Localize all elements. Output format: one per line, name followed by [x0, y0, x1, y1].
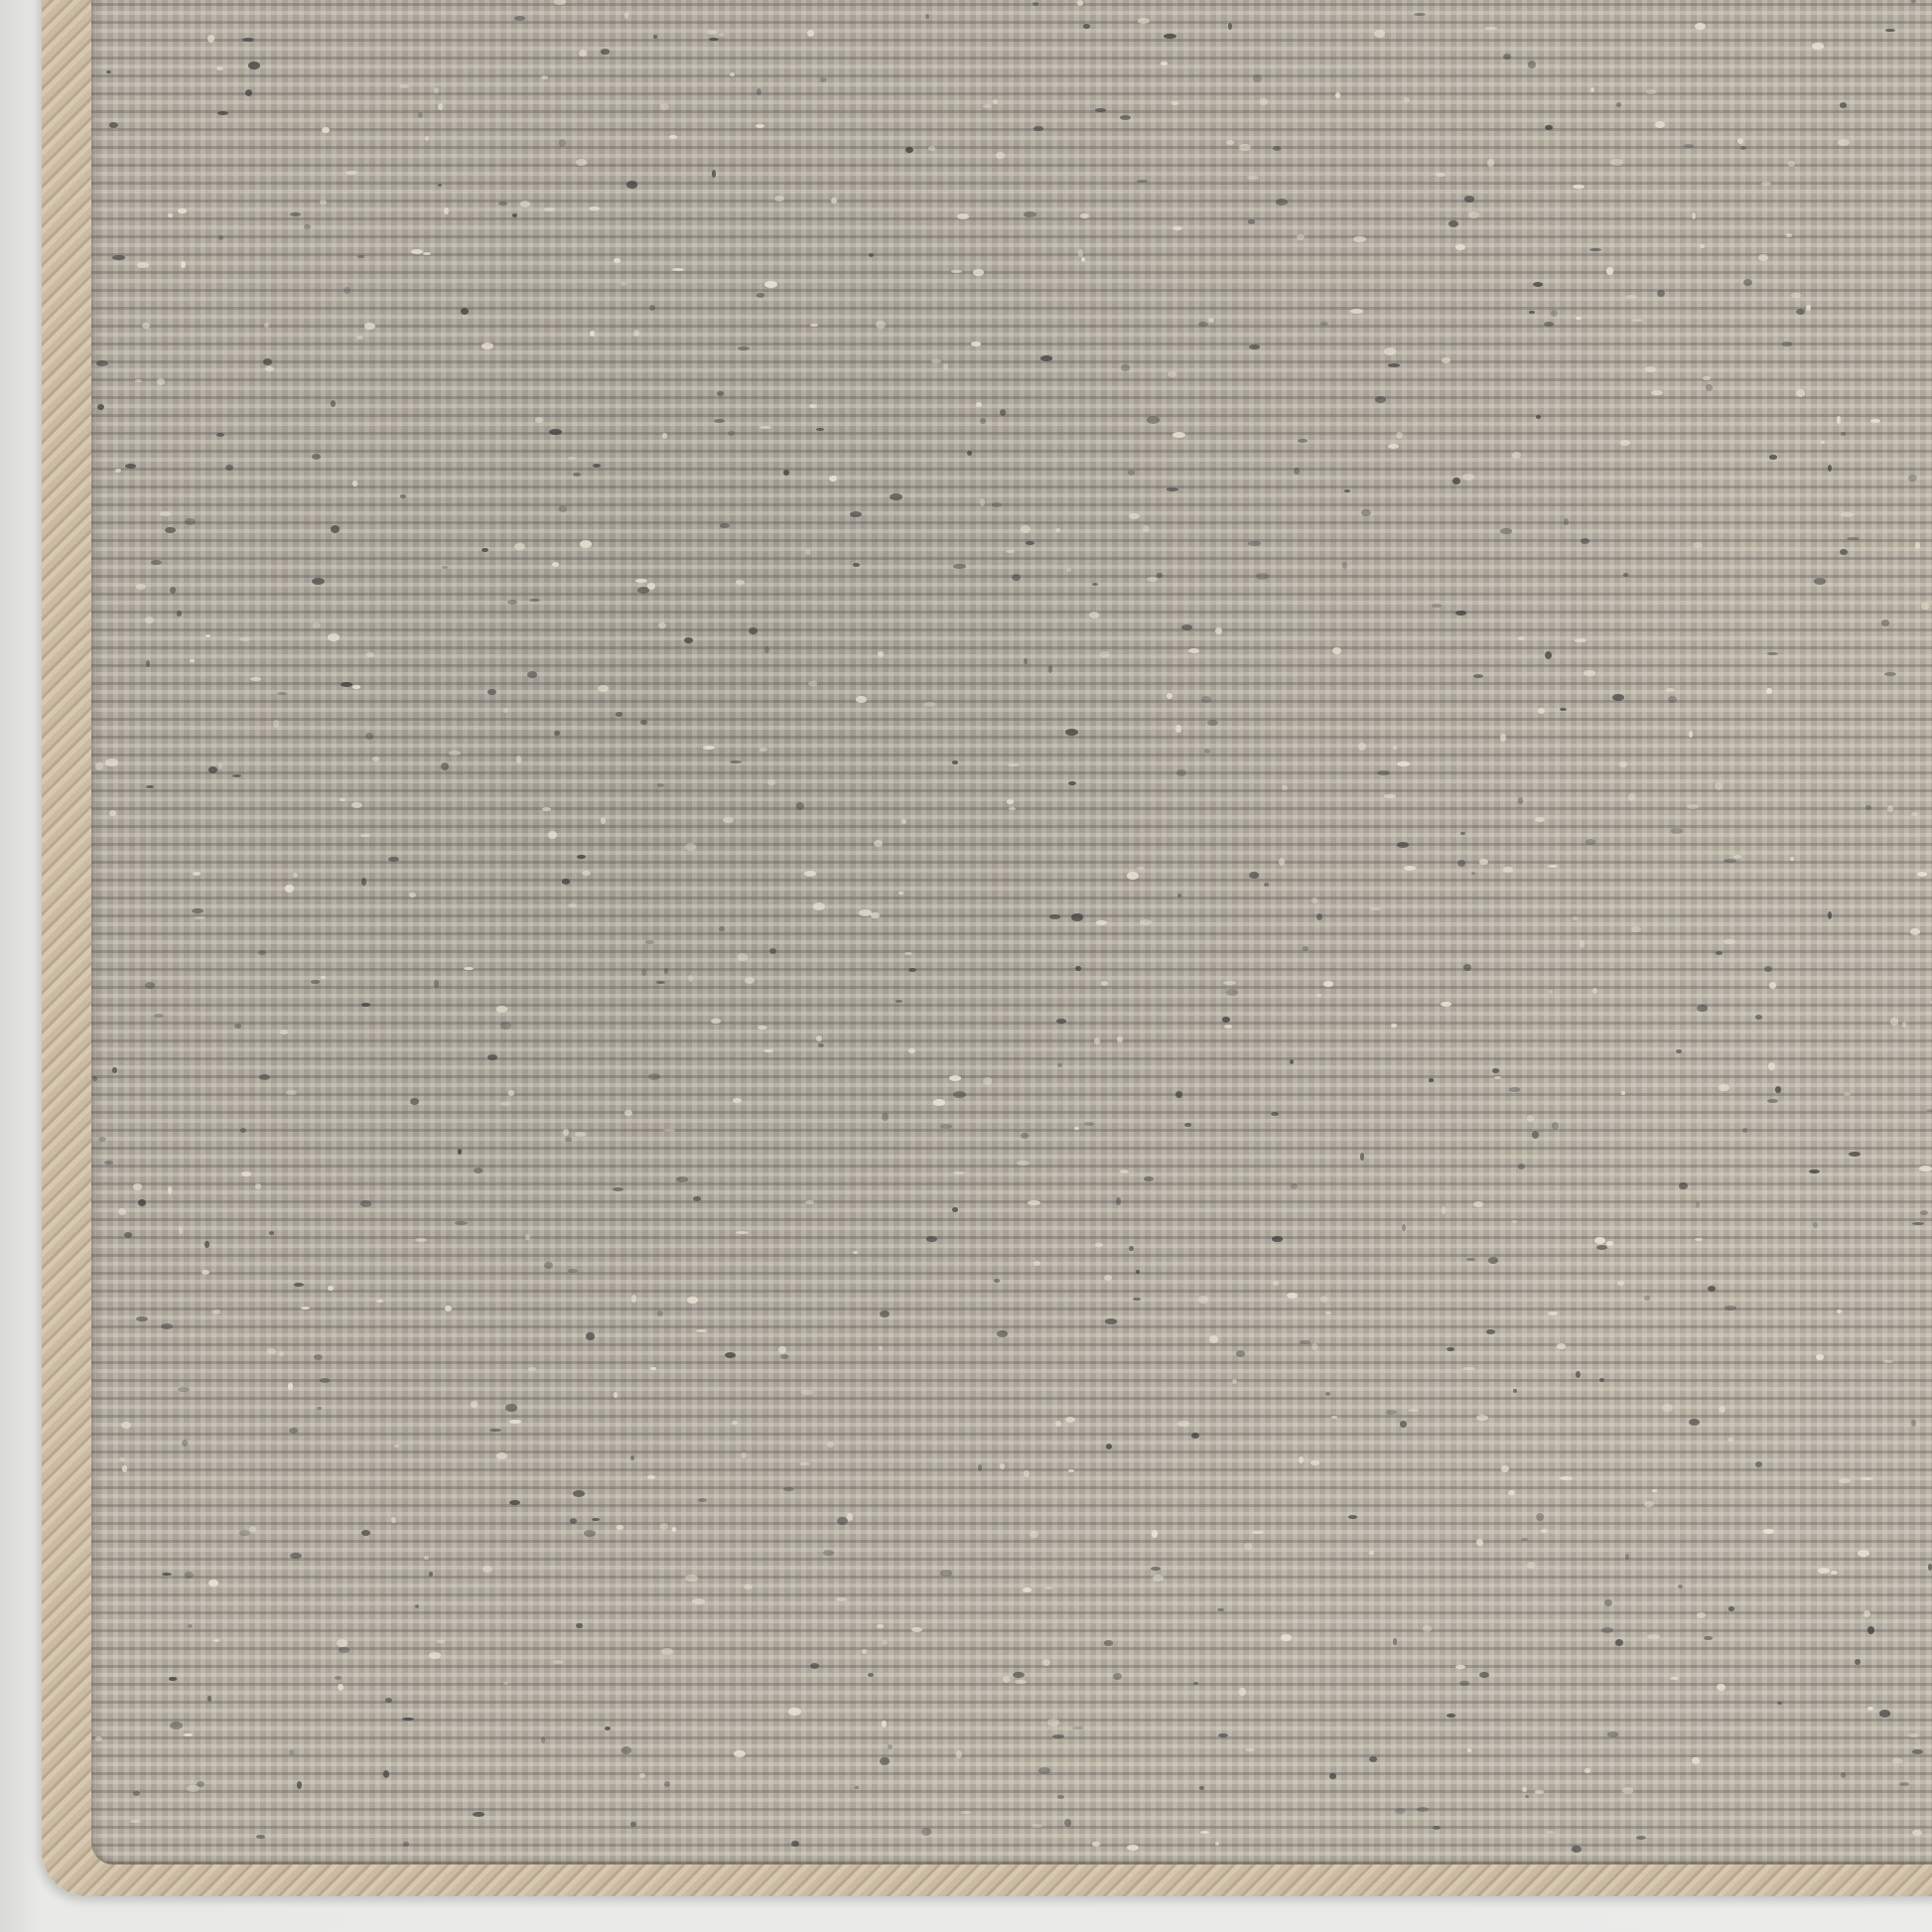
pile-fleck: [791, 1841, 798, 1847]
pile-fleck: [1462, 474, 1474, 481]
pile-fleck: [687, 1297, 698, 1304]
pile-fleck: [1375, 396, 1387, 403]
pile-fleck: [820, 77, 827, 82]
pile-fleck: [248, 62, 260, 69]
pile-fleck: [1479, 1672, 1489, 1678]
pile-fleck: [1276, 199, 1288, 206]
pile-fleck: [1081, 257, 1085, 262]
pile-fleck: [212, 1310, 220, 1314]
pile-fleck: [1743, 279, 1752, 287]
pile-fleck: [1068, 781, 1076, 785]
pile-fleck: [888, 1744, 893, 1749]
pile-fleck: [133, 1183, 141, 1189]
pile-fleck: [1188, 648, 1199, 653]
pile-fleck: [994, 1279, 1001, 1284]
pile-fleck: [1564, 518, 1568, 525]
pile-fleck: [1919, 1166, 1931, 1172]
pile-fleck: [759, 748, 767, 752]
pile-fleck: [650, 1367, 655, 1371]
pile-fleck: [289, 1428, 297, 1434]
pile-fleck: [796, 802, 804, 810]
pile-fleck: [1476, 1539, 1483, 1546]
pile-fleck: [372, 757, 379, 761]
pile-fleck: [1215, 627, 1222, 634]
pile-fleck: [1926, 1109, 1932, 1112]
pile-fleck: [1831, 1571, 1838, 1575]
pile-fleck: [1034, 1261, 1040, 1266]
pile-fleck: [1175, 725, 1181, 733]
pile-fleck: [1700, 244, 1704, 249]
pile-fleck: [1580, 940, 1585, 948]
pile-fleck: [831, 198, 837, 204]
pile-fleck: [1442, 357, 1450, 362]
pile-fleck: [1034, 126, 1042, 131]
pile-fleck: [882, 1640, 888, 1645]
pile-fleck: [1369, 1756, 1376, 1762]
pile-fleck: [882, 1721, 887, 1726]
pile-fleck: [1151, 1567, 1162, 1571]
pile-fleck: [1509, 1087, 1520, 1092]
pile-fleck: [788, 1708, 801, 1715]
pile-fleck: [312, 454, 321, 460]
pile-fleck: [807, 30, 814, 37]
pile-fleck: [1879, 1710, 1890, 1717]
pile-fleck: [263, 358, 272, 365]
pile-fleck: [265, 366, 274, 371]
pile-fleck: [1388, 444, 1399, 449]
pile-fleck: [1796, 389, 1805, 396]
pile-fleck: [953, 1172, 965, 1174]
pile-fleck: [1847, 537, 1860, 541]
pile-fleck: [496, 1006, 507, 1012]
pile-fleck: [194, 916, 206, 919]
pile-fleck: [142, 323, 150, 329]
pile-fleck: [1719, 1084, 1728, 1091]
pile-fleck: [1024, 1470, 1029, 1477]
pile-fleck: [1049, 914, 1060, 919]
pile-fleck: [1573, 916, 1578, 920]
pile-fleck: [1814, 578, 1826, 585]
pile-fleck: [165, 527, 176, 534]
pile-fleck: [1551, 310, 1557, 317]
pile-fleck: [836, 1597, 846, 1601]
pile-fleck: [957, 213, 969, 219]
pile-fleck: [1503, 867, 1512, 873]
pile-fleck: [1348, 1515, 1358, 1519]
pile-fleck: [415, 1604, 419, 1608]
pile-fleck: [1374, 30, 1385, 38]
pile-fleck: [1052, 1734, 1064, 1737]
pile-fleck: [614, 258, 620, 263]
pile-fleck: [290, 212, 301, 216]
pile-fleck: [664, 968, 669, 974]
pile-fleck: [1532, 1131, 1539, 1138]
pile-fleck: [1899, 1782, 1909, 1786]
pile-fleck: [1728, 1606, 1733, 1610]
pile-fleck: [1144, 1176, 1154, 1181]
pile-fleck: [1590, 87, 1594, 93]
pile-fleck: [1545, 651, 1552, 659]
pile-fleck: [764, 646, 769, 653]
pile-fleck: [1545, 125, 1553, 131]
pile-fleck: [732, 1421, 738, 1425]
pile-fleck: [1128, 470, 1135, 477]
pile-fleck: [1884, 672, 1896, 676]
pile-fleck: [1839, 1478, 1852, 1483]
pile-fleck: [633, 330, 639, 337]
pile-fleck: [1840, 549, 1848, 555]
pile-fleck: [178, 1387, 190, 1392]
pile-fleck: [616, 712, 622, 716]
pile-fleck: [1078, 249, 1082, 256]
pile-fleck: [1397, 842, 1409, 848]
pile-fleck: [1767, 1099, 1778, 1104]
pile-fleck: [285, 885, 294, 893]
pile-fleck: [1325, 1392, 1331, 1397]
pile-fleck: [445, 1306, 452, 1311]
pile-fleck: [730, 72, 735, 76]
pile-fleck: [1294, 468, 1299, 476]
pile-fleck: [337, 1639, 348, 1647]
pile-fleck: [1396, 432, 1403, 439]
pile-fleck: [769, 948, 776, 954]
pile-fleck: [1576, 1371, 1581, 1379]
pile-fleck: [783, 470, 790, 477]
pile-fleck: [589, 207, 600, 211]
pile-fleck: [429, 1572, 434, 1577]
pile-fleck: [1521, 1538, 1528, 1542]
pile-fleck: [1518, 636, 1525, 640]
pile-fleck: [853, 563, 860, 567]
pile-fleck: [360, 1200, 372, 1208]
pile-fleck: [1467, 1748, 1472, 1752]
pile-fleck: [136, 1316, 148, 1321]
pile-fleck: [1473, 674, 1483, 678]
pile-fleck: [1631, 319, 1643, 322]
pile-fleck: [734, 1750, 746, 1757]
pile-fleck: [351, 802, 362, 808]
pile-fleck: [933, 1099, 945, 1106]
pile-fleck: [1471, 872, 1475, 875]
pile-fleck: [890, 493, 902, 500]
pile-fleck: [1173, 226, 1182, 230]
pile-fleck: [1704, 1636, 1713, 1641]
pile-fleck: [188, 1624, 193, 1628]
pile-fleck: [170, 1722, 183, 1729]
pile-fleck: [1199, 1786, 1204, 1789]
pile-fleck: [1021, 1133, 1029, 1139]
pile-fleck: [1548, 865, 1558, 868]
pile-fleck: [1557, 1343, 1567, 1349]
pile-fleck: [1353, 236, 1366, 242]
pile-fleck: [1622, 1787, 1633, 1794]
pile-fleck: [1423, 1625, 1433, 1632]
pile-fleck: [617, 1525, 624, 1530]
pile-fleck: [1207, 720, 1218, 726]
pile-fleck: [1911, 1420, 1916, 1427]
pile-fleck: [568, 457, 576, 460]
pile-fleck: [1527, 1562, 1534, 1569]
pile-fleck: [745, 977, 755, 983]
pile-fleck: [1290, 1059, 1294, 1064]
pile-fleck: [1117, 1036, 1123, 1041]
pile-fleck: [273, 720, 279, 727]
pile-fleck: [509, 1420, 521, 1424]
pile-fleck: [154, 1014, 164, 1018]
pile-fleck: [573, 473, 581, 477]
pile-fleck: [1535, 817, 1545, 822]
pile-fleck: [738, 346, 750, 350]
pile-fleck: [837, 1517, 848, 1525]
pile-fleck: [1928, 1564, 1932, 1571]
pile-fleck: [1281, 1634, 1293, 1641]
pile-fleck: [853, 1251, 858, 1254]
pile-fleck: [1030, 1531, 1038, 1539]
pile-fleck: [1703, 376, 1711, 379]
pile-fleck: [1208, 318, 1214, 323]
pile-fleck: [1647, 1634, 1660, 1639]
pile-fleck: [1344, 489, 1350, 492]
pile-fleck: [672, 268, 684, 271]
pile-fleck: [403, 1842, 409, 1846]
pile-fleck: [1548, 1311, 1558, 1315]
pile-fleck: [239, 1530, 250, 1536]
pile-fleck: [1546, 1831, 1555, 1834]
pile-fleck: [258, 950, 266, 955]
pile-fleck: [146, 660, 151, 667]
pile-fleck: [449, 751, 462, 756]
pile-fleck: [411, 249, 424, 254]
pile-fleck: [1175, 1091, 1182, 1099]
pile-fleck: [1601, 1627, 1613, 1633]
pile-fleck: [1512, 452, 1521, 459]
pile-fleck: [234, 1024, 241, 1029]
pile-fleck: [352, 481, 357, 486]
pile-fleck: [630, 1455, 634, 1460]
pile-fleck: [1177, 1421, 1189, 1427]
pile-fleck: [1291, 1183, 1298, 1189]
pile-fleck: [684, 637, 692, 643]
pile-fleck: [313, 622, 320, 629]
pile-fleck: [943, 363, 949, 370]
pile-fleck: [1696, 1201, 1700, 1208]
pile-fleck: [874, 840, 883, 847]
pile-fleck: [1252, 1531, 1264, 1534]
pile-fleck: [980, 418, 986, 424]
pile-fleck: [1500, 528, 1512, 534]
pile-fleck: [1687, 804, 1699, 809]
pile-fleck: [1228, 23, 1232, 30]
pile-fleck: [471, 1401, 478, 1407]
pile-fleck: [921, 1828, 930, 1836]
pile-fleck: [605, 1726, 611, 1730]
pile-fleck: [512, 213, 517, 218]
pile-fleck: [1657, 290, 1665, 298]
pile-fleck: [361, 1003, 370, 1007]
pile-fleck: [1917, 872, 1928, 876]
pile-fleck: [168, 1186, 172, 1194]
pile-fleck: [205, 1241, 208, 1248]
pile-fleck: [640, 720, 647, 726]
pile-fleck: [1404, 866, 1416, 871]
pile-fleck: [365, 733, 372, 739]
pile-fleck: [1912, 1830, 1922, 1837]
pile-fleck: [178, 208, 187, 213]
pile-fleck: [1766, 688, 1772, 693]
pile-fleck: [269, 1231, 274, 1234]
pile-fleck: [997, 1330, 1008, 1337]
pile-fleck: [1796, 309, 1806, 315]
pile-fleck: [1777, 1702, 1782, 1705]
pile-fleck: [1631, 926, 1641, 932]
pile-fleck: [1329, 1773, 1336, 1778]
pile-fleck: [115, 469, 121, 474]
pile-fleck: [1676, 1049, 1681, 1053]
pile-fleck: [160, 511, 171, 517]
pile-fleck: [187, 1785, 199, 1791]
pile-fleck: [1612, 694, 1624, 701]
pile-fleck: [774, 196, 783, 202]
pile-fleck: [352, 685, 359, 688]
pile-fleck: [1606, 1241, 1613, 1246]
pile-fleck: [388, 857, 399, 862]
pile-fleck: [436, 1640, 444, 1644]
pile-fleck: [240, 1128, 246, 1133]
pile-fleck: [1024, 658, 1028, 665]
pile-fleck: [216, 67, 223, 70]
pile-fleck: [1617, 1281, 1624, 1286]
pile-fleck: [1331, 1416, 1337, 1419]
pile-fleck: [570, 1518, 577, 1523]
pile-fleck: [1764, 966, 1771, 972]
pile-fleck: [879, 1346, 883, 1350]
pile-fleck: [391, 1517, 396, 1523]
pile-fleck: [1104, 1275, 1112, 1281]
pile-fleck: [1708, 1286, 1716, 1292]
pile-fleck: [1837, 1310, 1842, 1313]
pile-fleck: [311, 980, 320, 983]
pile-fleck: [1105, 1318, 1117, 1324]
pile-fleck: [1038, 1767, 1050, 1774]
pile-fleck: [1533, 282, 1544, 287]
pile-fleck: [1244, 1543, 1252, 1549]
pile-fleck: [455, 1221, 468, 1226]
pile-fleck: [1488, 1257, 1498, 1264]
pile-fleck: [383, 1770, 389, 1778]
pile-fleck: [1692, 1757, 1700, 1765]
pile-fleck: [1492, 1068, 1499, 1074]
pile-fleck: [576, 159, 587, 166]
pile-fleck: [1153, 1575, 1164, 1582]
pile-fleck: [940, 1570, 952, 1576]
pile-fleck: [1064, 1819, 1071, 1827]
pile-fleck: [256, 1835, 264, 1839]
pile-fleck: [185, 518, 196, 525]
pile-fleck: [1625, 295, 1637, 299]
pile-fleck: [757, 88, 762, 96]
pile-fleck: [438, 184, 443, 187]
pile-fleck: [1522, 1787, 1527, 1792]
pile-fleck: [568, 903, 577, 907]
pile-fleck: [1224, 1025, 1232, 1029]
pile-fleck: [1508, 1490, 1516, 1496]
pile-fleck: [297, 1781, 302, 1789]
pile-fleck: [503, 1682, 508, 1685]
pile-fleck: [1452, 478, 1460, 483]
pile-fleck: [967, 451, 972, 456]
pile-fleck: [137, 262, 150, 268]
pile-fleck: [1479, 859, 1488, 864]
pile-fleck: [648, 1073, 661, 1080]
pile-fleck: [249, 1526, 256, 1533]
pile-fleck: [709, 38, 719, 42]
pile-fleck: [736, 1231, 748, 1234]
pile-fleck: [410, 1098, 419, 1105]
pile-fleck: [1560, 708, 1567, 712]
pile-fleck: [552, 562, 559, 567]
pile-fleck: [1271, 1112, 1279, 1116]
pile-fleck: [1544, 322, 1554, 327]
pile-fleck: [1066, 568, 1072, 572]
pile-fleck: [125, 464, 136, 469]
pile-fleck: [952, 1207, 959, 1212]
pile-fleck: [1552, 1122, 1559, 1130]
pile-fleck: [1433, 1826, 1441, 1830]
pile-fleck: [1841, 512, 1854, 517]
pile-fleck: [847, 1513, 854, 1521]
pile-fleck: [1883, 1360, 1893, 1364]
pile-fleck: [356, 336, 362, 341]
pile-fleck: [444, 207, 448, 214]
pile-fleck: [816, 1035, 822, 1042]
pile-fleck: [293, 873, 298, 878]
pile-fleck: [1127, 872, 1139, 880]
pile-fleck: [805, 549, 811, 555]
pile-fleck: [1361, 509, 1371, 516]
pile-fleck: [869, 253, 875, 258]
pile-fleck: [1870, 419, 1880, 423]
pile-fleck: [338, 1684, 345, 1691]
pile-fleck: [1386, 1410, 1397, 1415]
pile-fleck: [151, 560, 161, 565]
pile-fleck: [749, 627, 758, 635]
pile-fleck: [978, 1464, 983, 1472]
pile-fleck: [1473, 1201, 1483, 1207]
pile-fleck: [1652, 1489, 1657, 1493]
pile-fleck: [1007, 799, 1014, 804]
pile-fleck: [1911, 812, 1918, 816]
pile-fleck: [554, 731, 559, 736]
pile-fleck: [862, 1649, 868, 1654]
pile-fleck: [516, 756, 521, 763]
pile-fleck: [1599, 1378, 1605, 1382]
pile-fleck: [1095, 1243, 1103, 1247]
pile-fleck: [1573, 185, 1585, 190]
pile-fleck: [1716, 951, 1723, 954]
pile-fleck: [1912, 1222, 1924, 1225]
pile-fleck: [1232, 1379, 1237, 1385]
pile-fleck: [1092, 583, 1098, 586]
pile-fleck: [1737, 138, 1743, 144]
pile-fleck: [1048, 665, 1052, 673]
pile-fleck: [181, 261, 186, 268]
pile-fleck: [1775, 1086, 1781, 1093]
pile-fleck: [868, 1673, 873, 1677]
pile-fleck: [1075, 966, 1081, 971]
pile-fleck: [1463, 964, 1471, 971]
pile-fleck: [1136, 1270, 1140, 1274]
pile-fleck: [320, 200, 327, 204]
